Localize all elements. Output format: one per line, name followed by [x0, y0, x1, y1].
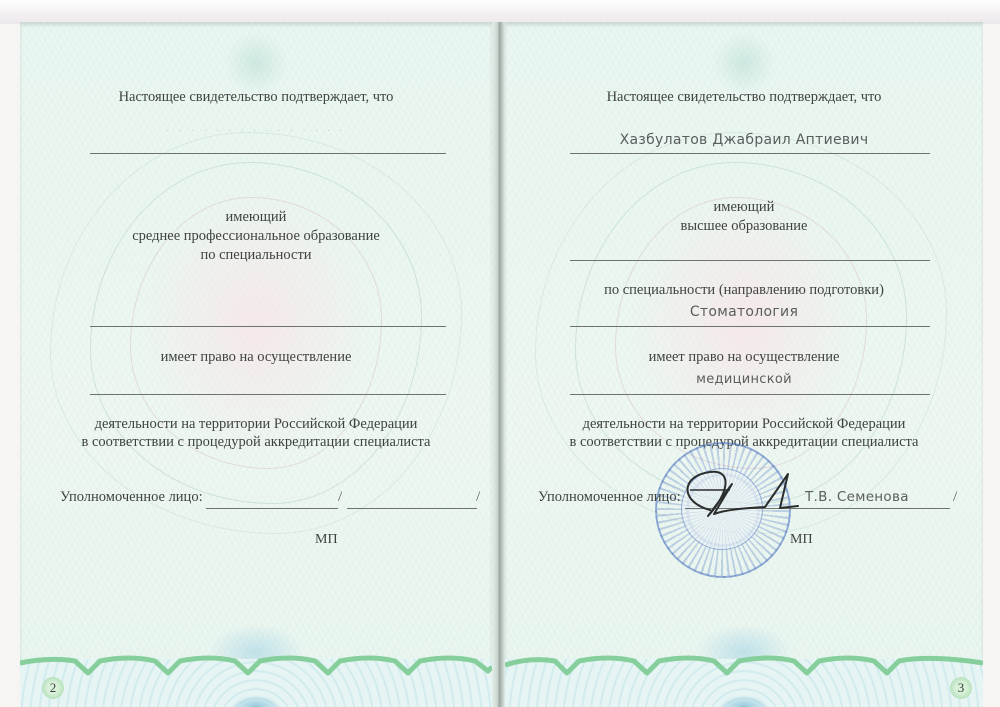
by-specialty-text: по специальности (направлению подготовки…: [505, 281, 983, 300]
authorized-person-label: Уполномоченное лицо:: [60, 489, 203, 506]
left-page: Настоящее свидетельство подтверждает, чт…: [20, 22, 492, 707]
bottom-ornament-band: 2: [20, 659, 492, 707]
bottom-ornament-band: 3: [505, 659, 983, 707]
right-page: Настоящее свидетельство подтверждает, чт…: [505, 22, 983, 707]
activity-line: [90, 394, 446, 395]
signatory-name-line: [347, 508, 477, 509]
wave-ornament-icon: [20, 655, 492, 679]
intro-text: Настоящее свидетельство подтверждает, чт…: [20, 88, 492, 107]
faint-background-text: · · · · · · · · · · · · · · ·: [20, 126, 492, 137]
specialty-field: Стоматология: [505, 304, 983, 320]
seal-place-label: МП: [315, 532, 338, 548]
holder-name-field: Хазбулатов Джабраил Аптиевич: [505, 132, 983, 148]
separator-slash: /: [476, 489, 480, 506]
page-number: 2: [42, 677, 64, 699]
education-text: среднее профессиональное образование: [20, 227, 492, 246]
territory-line-1: деятельности на территории Российской Фе…: [20, 415, 492, 434]
book-fold: [492, 22, 505, 707]
territory-line-1: деятельности на территории Российской Фе…: [505, 415, 983, 434]
intro-text: Настоящее свидетельство подтверждает, чт…: [505, 88, 983, 107]
seal-place-label: МП: [790, 532, 813, 548]
right-to-text: имеет право на осуществление: [20, 348, 492, 367]
signatory-name: Т.В. Семенова: [805, 489, 909, 505]
specialty-line: [90, 326, 446, 327]
activity-field: медицинской: [505, 372, 983, 387]
separator-slash: /: [953, 489, 957, 506]
wave-ornament-icon: [505, 655, 983, 679]
authorized-person-label: Уполномоченное лицо:: [538, 489, 681, 506]
having-text: имеющий: [505, 198, 983, 217]
page-number: 3: [950, 677, 972, 699]
education-text: высшее образование: [505, 217, 983, 236]
right-to-text: имеет право на осуществление: [505, 348, 983, 367]
scan-background: [0, 0, 1000, 24]
holder-name-line: [90, 153, 446, 154]
handwritten-signature-icon: [670, 462, 820, 532]
activity-line: [570, 394, 930, 395]
signature-line: [206, 508, 338, 509]
specialty-line: [570, 326, 930, 327]
separator-slash: /: [338, 489, 342, 506]
holder-name-line: [570, 153, 930, 154]
having-text: имеющий: [20, 208, 492, 227]
territory-line-2: в соответствии с процедурой аккредитации…: [20, 433, 492, 452]
by-specialty-text: по специальности: [20, 246, 492, 265]
education-line: [570, 260, 930, 261]
